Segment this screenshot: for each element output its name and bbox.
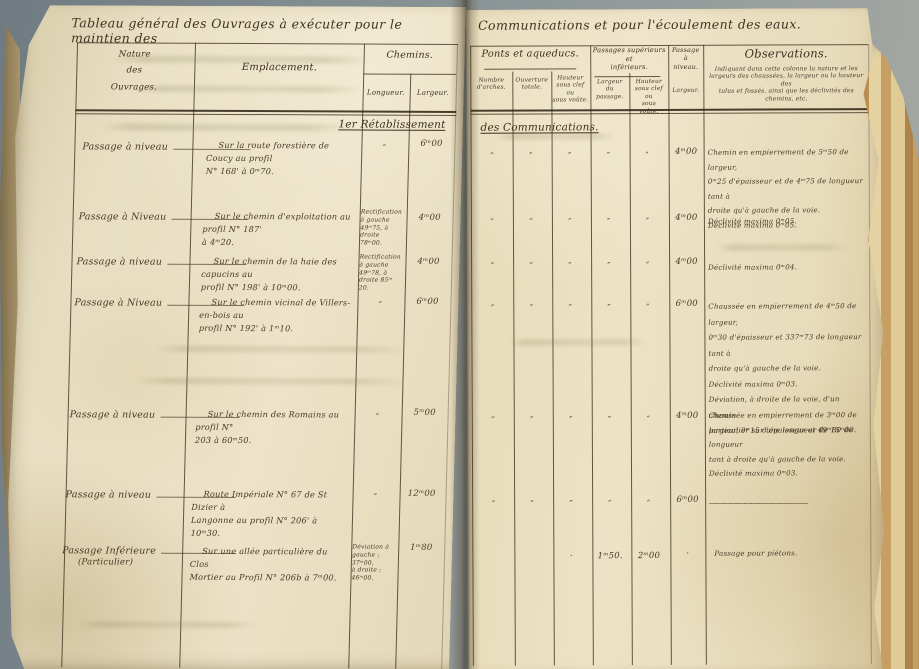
bleed-through [134, 378, 404, 385]
col-header-passages: Passages supérieurs et inférieurs. [591, 46, 667, 72]
row-niveau-largeur: · [671, 549, 704, 559]
row-observations: Déclivité maxima 0ᵐ04. [708, 260, 866, 275]
row-niveau-largeur: 4ᵐ00 [670, 257, 703, 267]
subcol-hauteur-sous-clef: Hauteur sous clef ou sous voûte. [552, 75, 588, 105]
bleed-through [155, 346, 405, 353]
row-middle-values: ″″″″″ [473, 261, 667, 272]
row-longueur: ″ [353, 493, 397, 503]
row-middle-values: ″″″″″ [473, 303, 667, 314]
table-rule [395, 74, 411, 669]
table-rule [484, 68, 576, 69]
subcol-nombre-arches: Nombre d'arches. [472, 78, 510, 93]
subcol-largeur-niveau: Largeur. [670, 88, 701, 96]
row-middle-values: ″″″″″ [473, 217, 667, 228]
table-rule [594, 76, 660, 77]
col-header-emplacement: Emplacement. [198, 62, 360, 74]
subcol-ouverture-totale: Ouverture totale. [514, 77, 549, 92]
bleed-through [78, 621, 258, 628]
row-middle-values: ″″″″″ [474, 499, 668, 510]
row-observations: Déclivité maxima 0ᵐ05. [708, 214, 866, 229]
row-middle-values: ·1ᵐ50.2ᵐ00 [474, 551, 668, 562]
row-niveau-largeur: 4ᵐ00 [671, 411, 704, 421]
table-rule [703, 45, 707, 665]
col-header-nature: Nature des Ouvrages. [78, 46, 191, 95]
row-emplacement: Sur le chemin des Romains au profil N° 2… [195, 408, 351, 448]
row-longueur: ″ [362, 144, 406, 154]
row-niveau-largeur: 6ᵐ00 [671, 495, 704, 505]
row-longueur: Rectification à gauche 49ᵐ78, à droite 8… [359, 254, 406, 293]
row-niveau-largeur: 4ᵐ00 [670, 147, 703, 157]
row-longueur: Déviation à gauche : 37ᵐ00, à droite : 4… [351, 544, 398, 583]
right-page: Communications et pour l'écoulement des … [466, 8, 887, 669]
table-rule [590, 45, 594, 665]
col-header-niveau: Passage à niveau. [669, 46, 702, 71]
table-rule [868, 44, 872, 664]
col-header-largeur: Largeur. [411, 89, 455, 97]
row-largeur: 6ᵐ00 [409, 139, 453, 149]
row-observations: Passage pour piétons. [714, 546, 872, 561]
table-rule [363, 74, 456, 75]
page-title: Communications et pour l'écoulement des … [478, 16, 838, 33]
subcol-hauteur-sous-clef: Hauteur sous clef ou sous voûte. [631, 79, 666, 116]
row-longueur: ″ [355, 413, 399, 423]
bleed-through [717, 244, 847, 251]
col-header-ponts: Ponts et aqueducs. [472, 48, 588, 60]
row-emplacement: Sur le chemin d'exploitation au profil N… [202, 210, 357, 250]
row-longueur: Rectification à gauche 49ᵐ75, à droite 7… [360, 209, 407, 248]
subcol-largeur-passage: Largeur du passage. [592, 79, 627, 101]
row-largeur: 1ᵐ80 [399, 543, 443, 553]
section-heading-left: 1er Rétablissement [327, 118, 457, 131]
col-header-observations: Observations. [706, 46, 866, 61]
row-emplacement: Sur le chemin de la haie des capucins au… [201, 255, 356, 295]
bleed-through [101, 123, 351, 131]
table-rule [61, 42, 78, 667]
row-observations: Chaussée en empierrement de 3ᵐ00 de larg… [709, 408, 867, 481]
col-header-chemins: Chemins. [364, 50, 456, 61]
row-emplacement: Sur le chemin vicinal de Villers-en-bois… [199, 296, 355, 336]
row-niveau-largeur: 4ᵐ00 [670, 213, 703, 223]
ledger-photo: Tableau général des Ouvrages à exécuter … [0, 0, 919, 669]
row-middle-values: ″″″″″ [473, 151, 667, 162]
row-longueur: ″ [358, 301, 402, 311]
col-header-longueur: Longueur. [364, 89, 408, 97]
section-heading-right: des Communications. [480, 121, 630, 134]
table-rule [441, 44, 458, 669]
header-double-rule [75, 109, 456, 113]
table-rule [470, 46, 474, 666]
row-middle-values: ″″″″″ [474, 415, 668, 426]
observations-note: Indiquant dans cette colonne la nature e… [707, 66, 865, 104]
row-largeur: 12ᵐ00 [399, 489, 445, 499]
row-observations: ―――――――――――――― [709, 498, 867, 508]
row-emplacement: Sur une allée particulière du Clos Morti… [189, 545, 348, 585]
row-largeur: 4ᵐ00 [407, 213, 451, 223]
table-rule [668, 45, 672, 665]
row-emplacement: Route Impériale N° 67 de St Dizier à Lan… [190, 488, 349, 541]
row-largeur: 5ᵐ00 [403, 408, 447, 418]
header-double-rule [75, 113, 456, 116]
bleed-through [497, 133, 617, 140]
bleed-through [507, 339, 647, 346]
table-rule [629, 73, 633, 665]
left-page: Tableau général des Ouvrages à exécuter … [0, 5, 466, 669]
row-niveau-largeur: 6ᵐ00 [670, 299, 703, 309]
row-largeur: 6ᵐ00 [405, 297, 449, 307]
row-emplacement: Sur la route forestière de Coucy au prof… [206, 139, 359, 179]
row-largeur: 4ᵐ00 [406, 257, 450, 267]
